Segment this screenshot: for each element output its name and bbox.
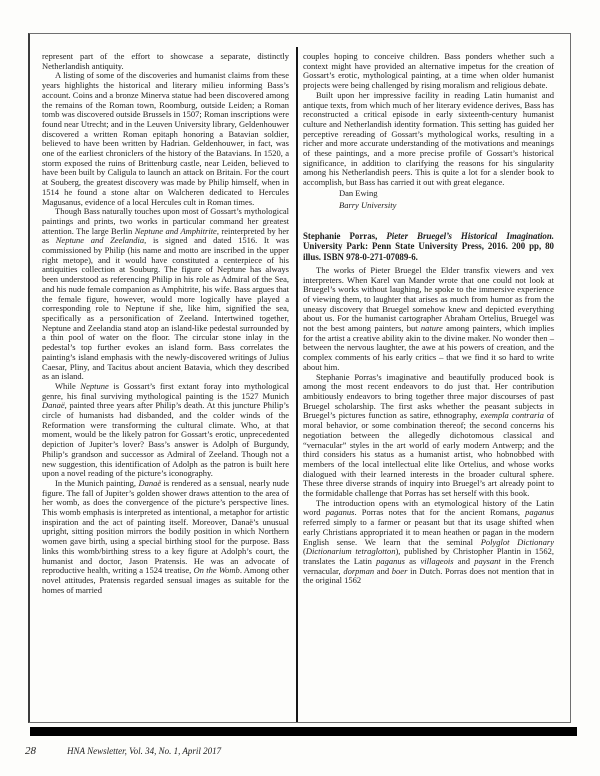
paragraph: couples hoping to conceive children. Bas… xyxy=(303,52,554,91)
paragraph: While Neptune is Gossart’s first extant … xyxy=(42,382,289,479)
reviewer-name: Dan Ewing xyxy=(339,189,554,199)
page-footer: 28 HNA Newsletter, Vol. 34, No. 1, April… xyxy=(25,741,575,759)
journal-citation: HNA Newsletter, Vol. 34, No. 1, April 20… xyxy=(67,746,221,756)
right-text-column: couples hoping to conceive children. Bas… xyxy=(303,52,554,586)
paragraph: A listing of some of the discoveries and… xyxy=(42,71,289,207)
paragraph: Built upon her impressive facility in re… xyxy=(303,91,554,188)
column-divider-rule xyxy=(296,47,298,722)
page-number: 28 xyxy=(25,745,36,757)
left-text-column: represent part of the effort to showcase… xyxy=(42,52,289,595)
paragraph: represent part of the effort to showcase… xyxy=(42,52,289,71)
paragraph: Stephanie Porras’s imaginative and beaut… xyxy=(303,373,554,499)
footer-black-bar xyxy=(30,727,577,736)
book-review-heading: Stephanie Porras, Pieter Bruegel’s Histo… xyxy=(303,231,554,262)
reviewer-affiliation: Barry University xyxy=(339,201,554,211)
paragraph: In the Munich painting, Danaë is rendere… xyxy=(42,479,289,595)
paragraph: Though Bass naturally touches upon most … xyxy=(42,207,289,382)
paragraph: The works of Pieter Bruegel the Elder tr… xyxy=(303,266,554,373)
paragraph: The introduction opens with an etymologi… xyxy=(303,499,554,586)
scanned-journal-page: represent part of the effort to showcase… xyxy=(0,0,600,776)
